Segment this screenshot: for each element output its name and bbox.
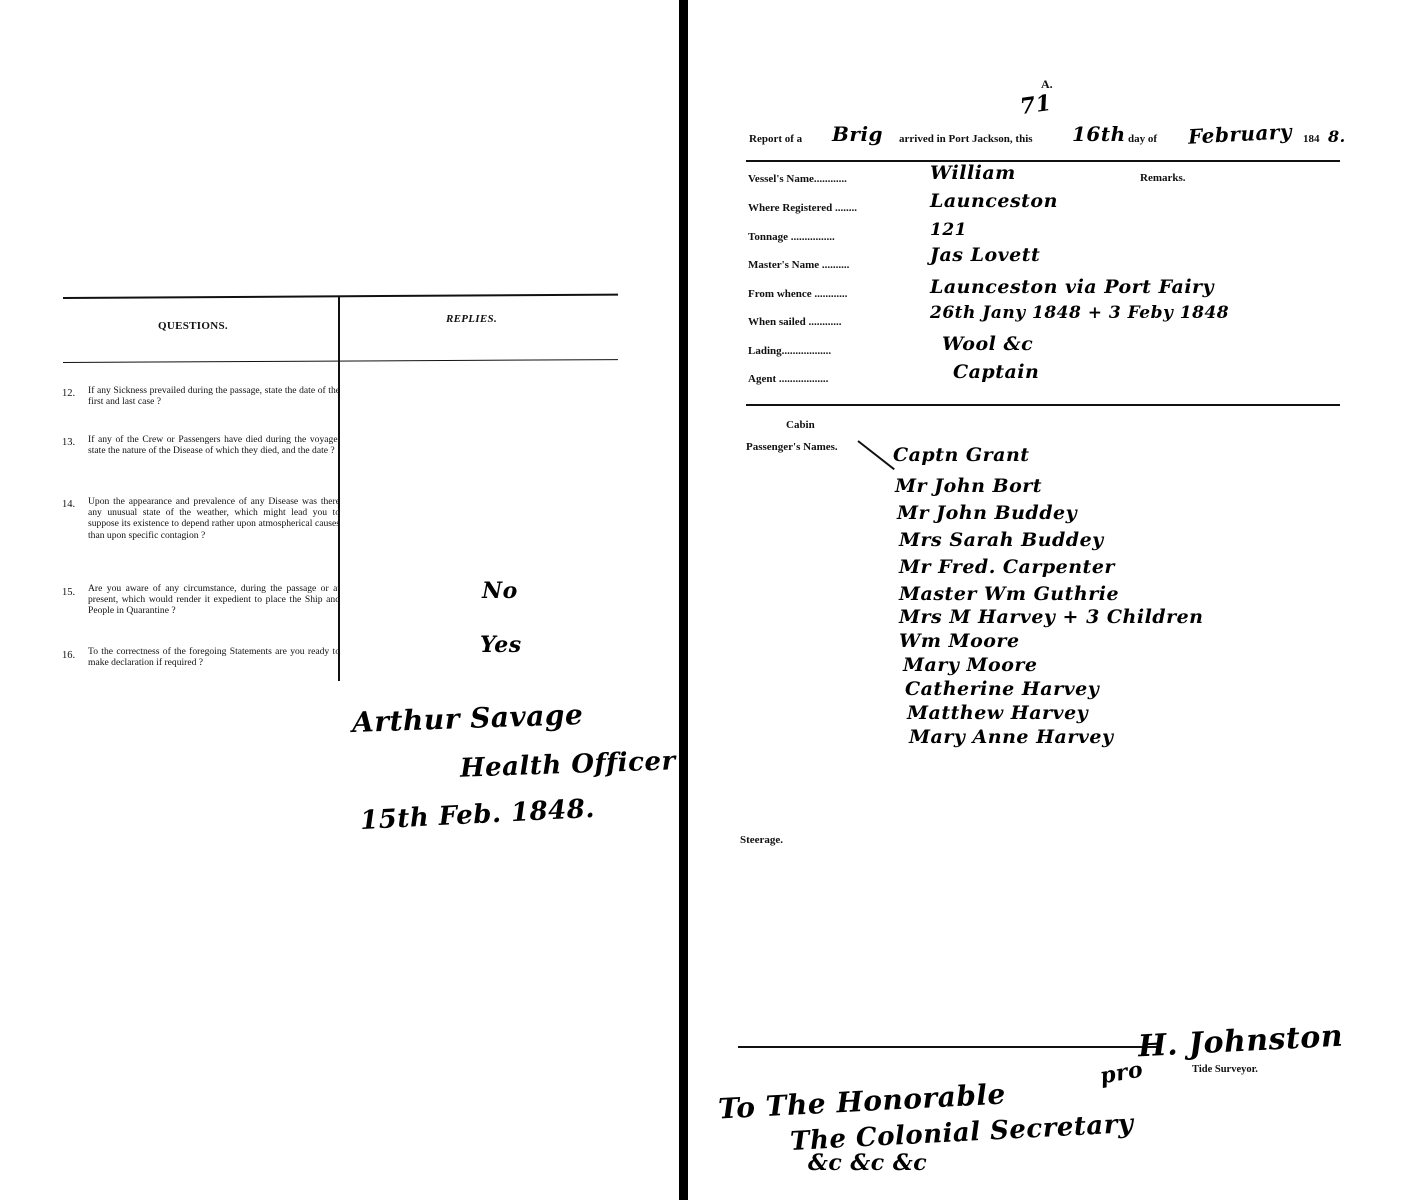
arrival-month: February: [1187, 119, 1292, 148]
field-value-tonnage: 121: [930, 220, 967, 240]
field-value-when-sailed: 26th Jany 1848 + 3 Feby 1848: [930, 303, 1229, 323]
question-number: 16.: [62, 650, 84, 662]
table-column-divider: [338, 296, 340, 681]
field-value-agent: Captain: [953, 361, 1039, 383]
question-text: If any of the Crew or Passengers have di…: [88, 434, 340, 456]
question-text: To the correctness of the foregoing Stat…: [88, 646, 340, 668]
table-top-rule: [63, 294, 618, 299]
field-label-from-whence: From whence ............: [748, 288, 847, 301]
passenger-name: Mr John Buddey: [897, 502, 1077, 524]
field-label-when-sailed: When sailed ............: [748, 316, 842, 329]
address-line: &c &c &c: [808, 1150, 927, 1176]
reply-handwritten: No: [482, 578, 518, 604]
report-middle: arrived in Port Jackson, this: [899, 133, 1033, 146]
arrival-day: 16th: [1072, 122, 1126, 146]
header-rule: [746, 160, 1340, 162]
passenger-name: Mr John Bort: [895, 475, 1042, 497]
replies-column-header: REPLIES.: [446, 313, 497, 326]
field-label-vessel-name: Vessel's Name............: [748, 173, 847, 186]
pointer-stroke: [857, 440, 894, 470]
question-number: 12.: [62, 388, 84, 400]
question-text: Are you aware of any circumstance, durin…: [88, 583, 340, 617]
field-label-lading: Lading..................: [748, 345, 831, 358]
vessel-type: Brig: [832, 122, 883, 146]
fields-bottom-rule: [746, 404, 1340, 406]
questions-column-header: QUESTIONS.: [158, 320, 228, 333]
passengers-label-text: Passenger's Names.: [746, 441, 838, 453]
field-label-agent: Agent ..................: [748, 373, 828, 386]
question-number: 15.: [62, 587, 84, 599]
passenger-name: Mr Fred. Carpenter: [899, 556, 1115, 578]
report-day-of: day of: [1128, 133, 1157, 146]
reply-handwritten: Yes: [480, 632, 522, 658]
passenger-name: Wm Moore: [899, 630, 1020, 652]
year-prefix: 184: [1303, 133, 1320, 146]
signature-rule: [738, 1046, 1158, 1048]
cabin-label: Cabin: [786, 419, 815, 432]
year-suffix: 8.: [1328, 127, 1346, 146]
passenger-name: Mary Moore: [903, 654, 1037, 676]
passenger-name: Captn Grant: [893, 444, 1030, 466]
field-value-where-registered: Launceston: [930, 190, 1058, 212]
field-label-masters-name: Master's Name ..........: [748, 259, 849, 272]
field-label-tonnage: Tonnage ................: [748, 231, 835, 244]
passenger-name: Mary Anne Harvey: [909, 726, 1114, 748]
passenger-name: Mrs M Harvey + 3 Children: [899, 606, 1204, 628]
surveyor-pro: pro: [1098, 1056, 1145, 1089]
passengers-label: Passenger's Names.: [746, 441, 838, 454]
passenger-name: Catherine Harvey: [905, 678, 1099, 700]
passenger-name: Master Wm Guthrie: [899, 583, 1119, 605]
question-text: If any Sickness prevailed during the pas…: [88, 385, 340, 407]
health-officer-date: 15th Feb. 1848.: [359, 794, 595, 836]
question-number: 13.: [62, 437, 84, 449]
health-officer-signature: Arthur Savage: [351, 698, 583, 739]
field-value-vessel-name: William: [930, 162, 1016, 184]
field-label-where-registered: Where Registered ........: [748, 202, 857, 215]
folio-number: 71: [1018, 90, 1053, 120]
question-text: Upon the appearance and prevalence of an…: [88, 496, 340, 541]
question-number: 14.: [62, 499, 84, 511]
health-officer-title: Health Officer: [460, 746, 677, 784]
field-value-from-whence: Launceston via Port Fairy: [930, 276, 1214, 298]
tide-surveyor-title: Tide Surveyor.: [1192, 1064, 1258, 1076]
tide-surveyor-signature: H. Johnston: [1137, 1019, 1344, 1065]
report-prefix: Report of a: [749, 133, 802, 146]
book-spine-edge: [685, 770, 688, 1200]
table-header-rule: [63, 359, 618, 363]
passenger-name: Mrs Sarah Buddey: [899, 529, 1104, 551]
steerage-label: Steerage.: [740, 834, 783, 847]
field-value-lading: Wool &c: [942, 333, 1033, 355]
field-value-masters-name: Jas Lovett: [930, 244, 1040, 266]
passenger-name: Matthew Harvey: [907, 702, 1088, 724]
remarks-label: Remarks.: [1140, 172, 1186, 185]
